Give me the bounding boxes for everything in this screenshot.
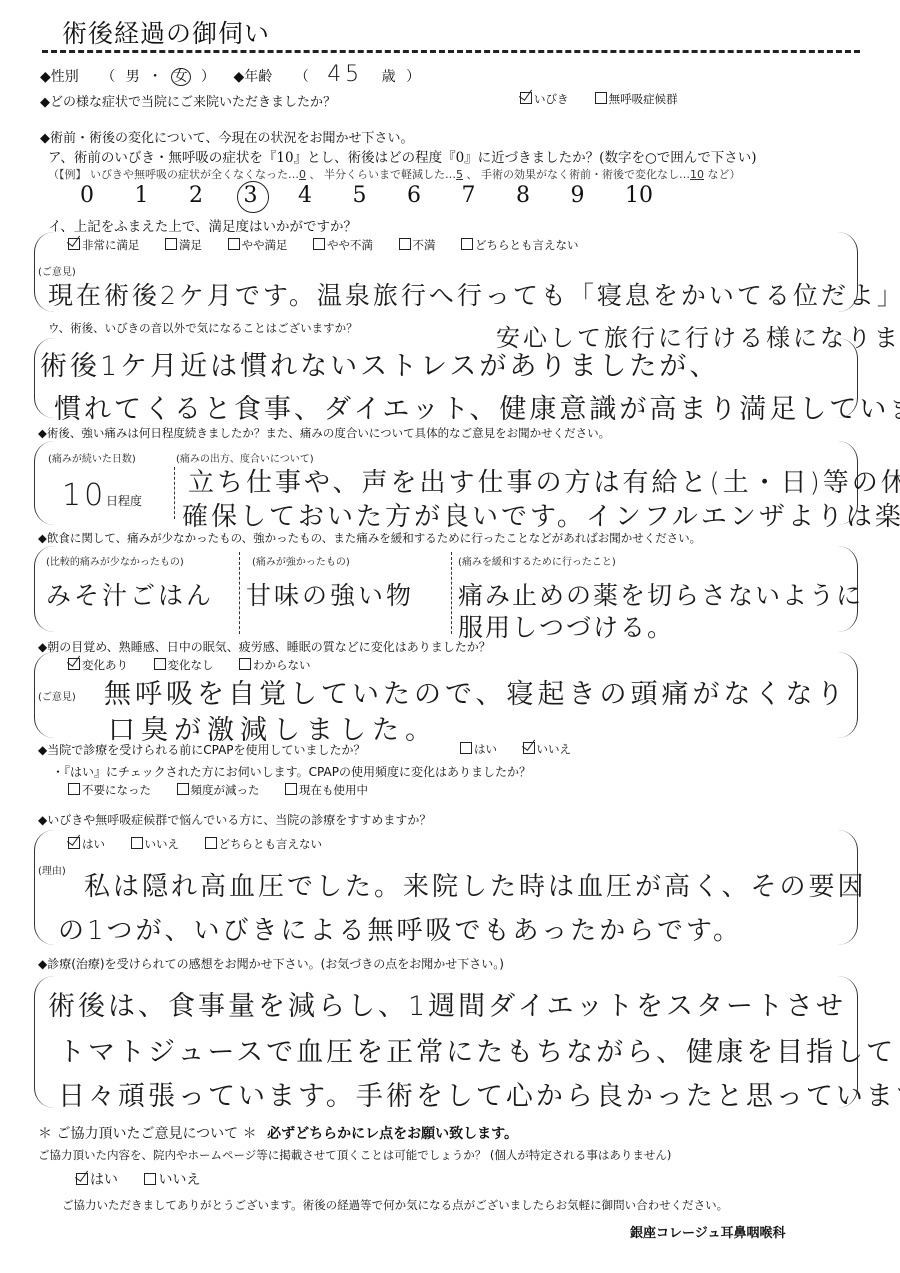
option-dissatisfied[interactable]: 不満 [399, 237, 436, 253]
checkbox-checked-icon[interactable] [76, 1173, 88, 1185]
food-column-divider-2 [451, 552, 452, 634]
checkbox-checked-icon[interactable] [68, 238, 80, 250]
food-relief-line1[interactable]: 痛み止めの薬を切らさないように [458, 576, 863, 612]
option-no-longer-needed[interactable]: 不要になった [68, 782, 151, 798]
recommend-reason-line2[interactable]: の1つが、いびきによる無呼吸でもあったからです。 [58, 910, 742, 947]
gender-option-female-selected[interactable]: 女 [171, 68, 191, 86]
change-question: ◆術前・術後の変化について、今現在の状況をお聞かせ下さい。 [40, 127, 413, 146]
option-ibiki[interactable]: いびき [520, 91, 569, 107]
option-consent-no[interactable]: いいえ [144, 1169, 200, 1189]
change-c-question: ウ、術後、いびきの音以外で気になることはございますか？ [48, 320, 358, 336]
checkbox-icon[interactable] [68, 783, 80, 795]
sleep-opinion-line1[interactable]: 無呼吸を自覚していたので、寝起きの頭痛がなくなり [104, 672, 847, 711]
option-somewhat-dissatisfied[interactable]: やや不満 [313, 237, 373, 253]
pain-question: ◆術後、強い痛みは何日程度続きましたか？また、痛みの度合いについて具体的なご意見… [38, 425, 610, 441]
option-satisfied[interactable]: 満足 [165, 237, 202, 253]
other-concerns-line2[interactable]: 慣れてくると食事、ダイエット、健康意識が高まり満足しています。 [54, 387, 900, 426]
checkbox-icon[interactable] [154, 658, 166, 670]
checkbox-icon[interactable] [285, 783, 297, 795]
food-strong-value[interactable]: 甘味の強い物 [246, 576, 414, 612]
option-recommend-yes[interactable]: はい [68, 836, 105, 852]
improvement-scale: 012345678910 [80, 183, 680, 208]
checkbox-checked-icon[interactable] [523, 742, 535, 754]
pain-days-unit: 日程度 [106, 492, 142, 509]
food-less-value[interactable]: みそ汁ごはん [46, 576, 214, 612]
cpap-followup-options: 不要になった 頻度が減った 現在も使用中 [68, 782, 390, 798]
cpap-options: はい いいえ [460, 741, 593, 757]
form-title: 術後経過の御伺い [62, 14, 270, 50]
change-a-question: ア、術前のいびき・無呼吸の症状を『10』とし、術後はどの程度『0』に近づきました… [48, 146, 757, 166]
checkbox-icon[interactable] [313, 238, 325, 250]
scale-10[interactable]: 10 [625, 183, 680, 208]
food-question: ◆飲食に関して、痛みが少なかったもの、強かったもの、また痛みを緩和するために行っ… [38, 530, 701, 546]
recommend-question: ◆いびきや無呼吸症候群で悩んでいる方に、当院の診療をすすめますか？ [38, 811, 431, 828]
option-apnea[interactable]: 無呼吸症候群 [595, 91, 678, 107]
checkbox-checked-icon[interactable] [68, 837, 80, 849]
option-recommend-neutral[interactable]: どちらとも言えない [205, 836, 323, 852]
checkbox-checked-icon[interactable] [520, 92, 532, 104]
consent-heading: ＊ ご協力頂いたご意見について ＊ 必ずどちらかにレ点をお願い致します。 [38, 1123, 518, 1143]
sleep-opinion-label: (ご意見) [38, 688, 76, 703]
pain-column-divider [174, 467, 175, 519]
food-strong-label: (痛みが強かったもの) [252, 553, 350, 568]
impression-line2[interactable]: トマトジュースで血圧を正常にたもちながら、健康を目指して [58, 1030, 896, 1069]
option-neutral[interactable]: どちらとも言えない [461, 237, 579, 253]
option-very-satisfied[interactable]: 非常に満足 [68, 237, 140, 253]
checkbox-icon[interactable] [239, 658, 251, 670]
impression-line1[interactable]: 術後は、食事量を減らし、1週間ダイエットをスタートさせ [48, 984, 846, 1023]
option-cpap-no[interactable]: いいえ [523, 741, 572, 757]
gender-label: ◆性別 [40, 69, 79, 85]
scale-1[interactable]: 1 [135, 183, 190, 208]
recommend-options: はい いいえ どちらとも言えない [68, 836, 344, 852]
title-divider [42, 50, 860, 53]
age-value[interactable]: 45 [327, 62, 363, 87]
option-cpap-yes[interactable]: はい [460, 741, 497, 757]
impression-line3[interactable]: 日々頑張っています。手術をして心から良かったと思っています。 [58, 1074, 900, 1113]
scale-3-selected[interactable]: 3 [244, 183, 299, 208]
checkbox-icon[interactable] [144, 1173, 156, 1185]
option-changed[interactable]: 変化あり [68, 657, 128, 673]
checkbox-icon[interactable] [177, 783, 189, 795]
thanks-message: ご協力いただきましてありがとうございます。術後の経過等で何か気になる点がございま… [62, 1197, 728, 1213]
checkbox-icon[interactable] [228, 238, 240, 250]
checkbox-icon[interactable] [461, 238, 473, 250]
satisfaction-options: 非常に満足 満足 やや満足 やや不満 不満 どちらとも言えない [68, 237, 601, 253]
profile-row: ◆性別 （ 男 ・ 女 ） ◆年齢 （ 45 歳 ） [40, 62, 420, 87]
scale-4[interactable]: 4 [298, 183, 353, 208]
scale-5[interactable]: 5 [353, 183, 408, 208]
checkbox-icon[interactable] [165, 238, 177, 250]
option-somewhat-satisfied[interactable]: やや満足 [228, 237, 288, 253]
satisfaction-opinion-line1[interactable]: 現在術後2ケ月です。温泉旅行へ行っても「寝息をかいてる位だよ」と言われ [48, 276, 900, 312]
pain-days-label: (痛みが続いた日数) [48, 450, 136, 465]
pain-days-value[interactable]: 10 [62, 478, 106, 513]
scale-0[interactable]: 0 [80, 183, 135, 208]
symptom-options: いびき 無呼吸症候群 [520, 91, 700, 107]
checkbox-icon[interactable] [595, 92, 607, 104]
option-consent-yes[interactable]: はい [76, 1169, 118, 1189]
food-column-divider-1 [239, 552, 240, 634]
recommend-reason-label: (理由) [38, 862, 66, 877]
option-unknown[interactable]: わからない [239, 657, 311, 673]
option-still-using[interactable]: 現在も使用中 [285, 782, 368, 798]
option-no-change[interactable]: 変化なし [154, 657, 214, 673]
food-relief-label: (痛みを緩和するために行ったこと) [458, 553, 616, 568]
checkbox-icon[interactable] [205, 837, 217, 849]
recommend-reason-line1[interactable]: 私は隠れ高血圧でした。来院した時は血圧が高く、その要因 [84, 866, 866, 903]
age-unit: 歳 [382, 69, 396, 85]
sleep-options: 変化あり 変化なし わからない [68, 657, 333, 673]
checkbox-icon[interactable] [131, 837, 143, 849]
consent-question: ご協力頂いた内容を、院内やホームページ等に掲載させて頂くことは可能でしょうか？ … [38, 1147, 671, 1163]
consent-options: はい いいえ [76, 1169, 222, 1189]
checkbox-icon[interactable] [399, 238, 411, 250]
checkbox-icon[interactable] [460, 742, 472, 754]
cpap-followup-question: ・『はい』にチェックされた方にお伺いします。CPAPの使用頻度に変化はありました… [52, 763, 531, 780]
clinic-name: 銀座コレージュ耳鼻咽喉科 [630, 1222, 785, 1241]
gender-option-male[interactable]: 男 [126, 69, 140, 85]
scale-9[interactable]: 9 [571, 183, 626, 208]
scale-2[interactable]: 2 [189, 183, 244, 208]
pain-detail-line1[interactable]: 立ち仕事や、声を出す仕事の方は有給と(土・日)等の休みを4日間は [188, 462, 900, 499]
impression-question: ◆診療(治療)を受けられての感想をお聞かせ下さい。(お気づきの点をお聞かせ下さい… [38, 955, 504, 972]
age-label: ◆年齢 [234, 69, 273, 85]
other-concerns-line1[interactable]: 術後1ケ月近は慣れないストレスがありましたが、 [40, 344, 719, 383]
cpap-question: ◆当院で診療を受けられる前にCPAPを使用していましたか？ [38, 741, 366, 758]
option-reduced-frequency[interactable]: 頻度が減った [177, 782, 260, 798]
symptom-question: ◆どの様な症状で当院にご来院いただきましたか？ [40, 91, 336, 110]
food-less-label: (比較的痛みが少なかったもの) [46, 553, 184, 568]
scale-8[interactable]: 8 [516, 183, 571, 208]
change-a-example: （【例】 いびきや無呼吸の症状が全くなくなった…0 、 半分くらいまで軽減した…… [48, 166, 741, 182]
scale-7[interactable]: 7 [462, 183, 517, 208]
option-recommend-no[interactable]: いいえ [131, 836, 180, 852]
scale-6[interactable]: 6 [407, 183, 462, 208]
pain-detail-line2[interactable]: 確保しておいた方が良いです。インフルエンザよりは楽です。 [182, 496, 900, 533]
checkbox-checked-icon[interactable] [68, 658, 80, 670]
